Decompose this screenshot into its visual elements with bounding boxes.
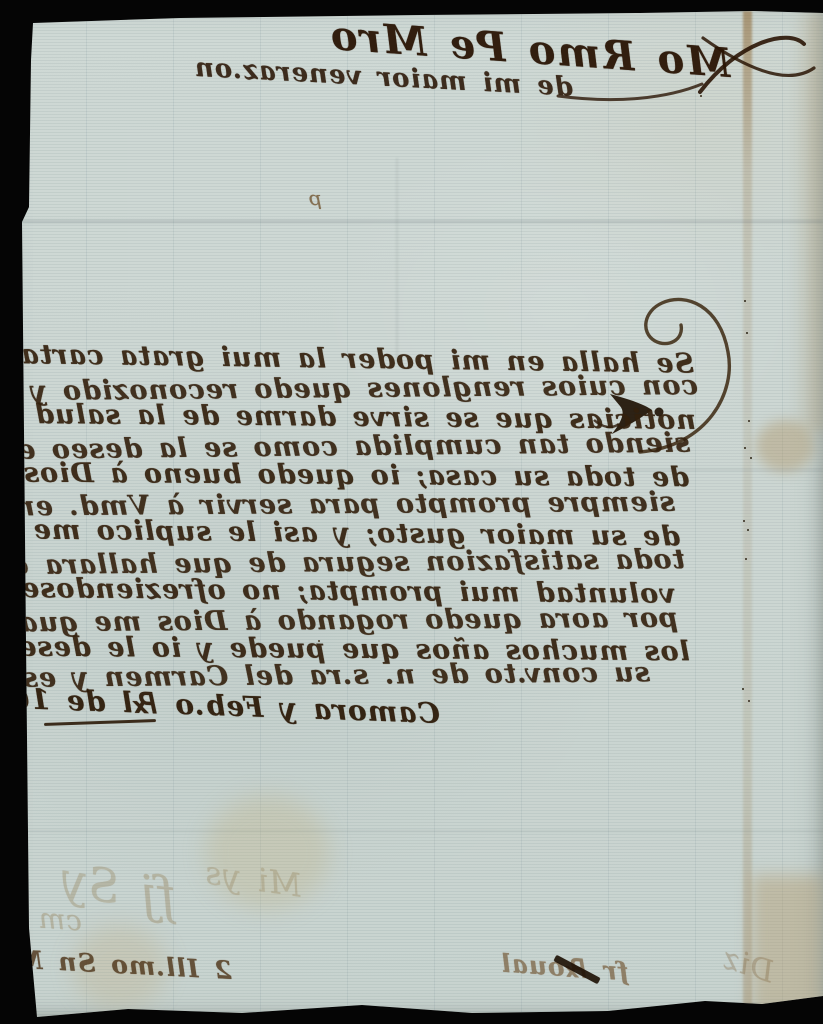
bottom-left-signature: 2 Ill.mo Sn Mrn Din [0,944,233,985]
mirrored-ink-layer: Mo Rmo Pe Mrode mi maior veneraz.onpSe h… [0,0,823,1024]
stray-p-mark: p [300,186,330,210]
bottom-edge-scrawl: Diz [686,930,811,1000]
paper-sheet: Mo Rmo Pe Mrode mi maior veneraz.onpSe h… [0,0,823,1024]
manuscript-scan: Mo Rmo Pe Mrode mi maior veneraz.onpSe h… [0,0,823,1024]
faint-flourish-4: cm [24,901,96,939]
bottom-right-signature: fr ℞oual [481,947,648,987]
date-underline [44,719,156,726]
faint-flourish-2: fj [115,862,201,928]
faint-flourish-3: Mi ys [196,853,310,906]
